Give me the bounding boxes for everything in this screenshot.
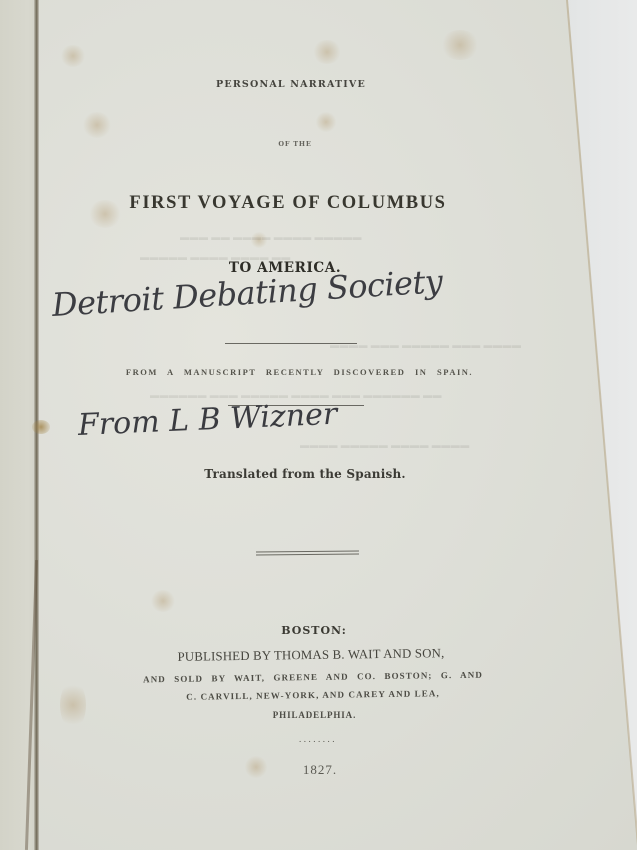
foxing-spot [88,200,122,228]
foxing-spot [150,590,176,612]
imprint-year: 1827. [300,762,340,778]
foxing-spot [60,680,86,730]
stain-mark [32,420,50,434]
dotted-separator: ........ [288,734,348,744]
show-through-text: ▬▬▬▬ ▬▬▬ ▬▬▬▬▬ ▬▬▬ ▬▬▬▬ [330,340,522,350]
foxing-spot [245,755,267,779]
foxing-spot [60,45,86,67]
main-title: FIRST VOYAGE OF COLUMBUS [118,193,458,214]
show-through-text: ▬▬▬▬ ▬▬▬▬▬ ▬▬▬▬ ▬▬▬▬ [300,440,470,450]
foxing-spot [440,30,480,60]
foxing-spot [315,112,337,132]
subtitle: FROM A MANUSCRIPT RECENTLY DISCOVERED IN… [117,367,482,377]
imprint-sellers-line-3: PHILADELPHIA. [262,710,367,720]
title-line-of-the: OF THE [275,140,315,148]
translation-note: Translated from the Spanish. [185,467,425,481]
foxing-spot [312,40,342,64]
imprint-city: BOSTON: [274,624,354,637]
horizontal-rule [225,343,357,344]
foxing-spot [82,112,112,138]
show-through-text: ▬▬▬ ▬▬ ▬▬▬▬ ▬▬▬▬ ▬▬▬▬▬ [180,232,362,242]
title-line-personal-narrative: PERSONAL NARRATIVE [196,79,386,90]
photo-stage: ▬▬▬ ▬▬ ▬▬▬▬ ▬▬▬▬ ▬▬▬▬▬ ▬▬▬▬▬ ▬▬▬▬ ▬▬▬▬ ▬… [0,0,637,850]
